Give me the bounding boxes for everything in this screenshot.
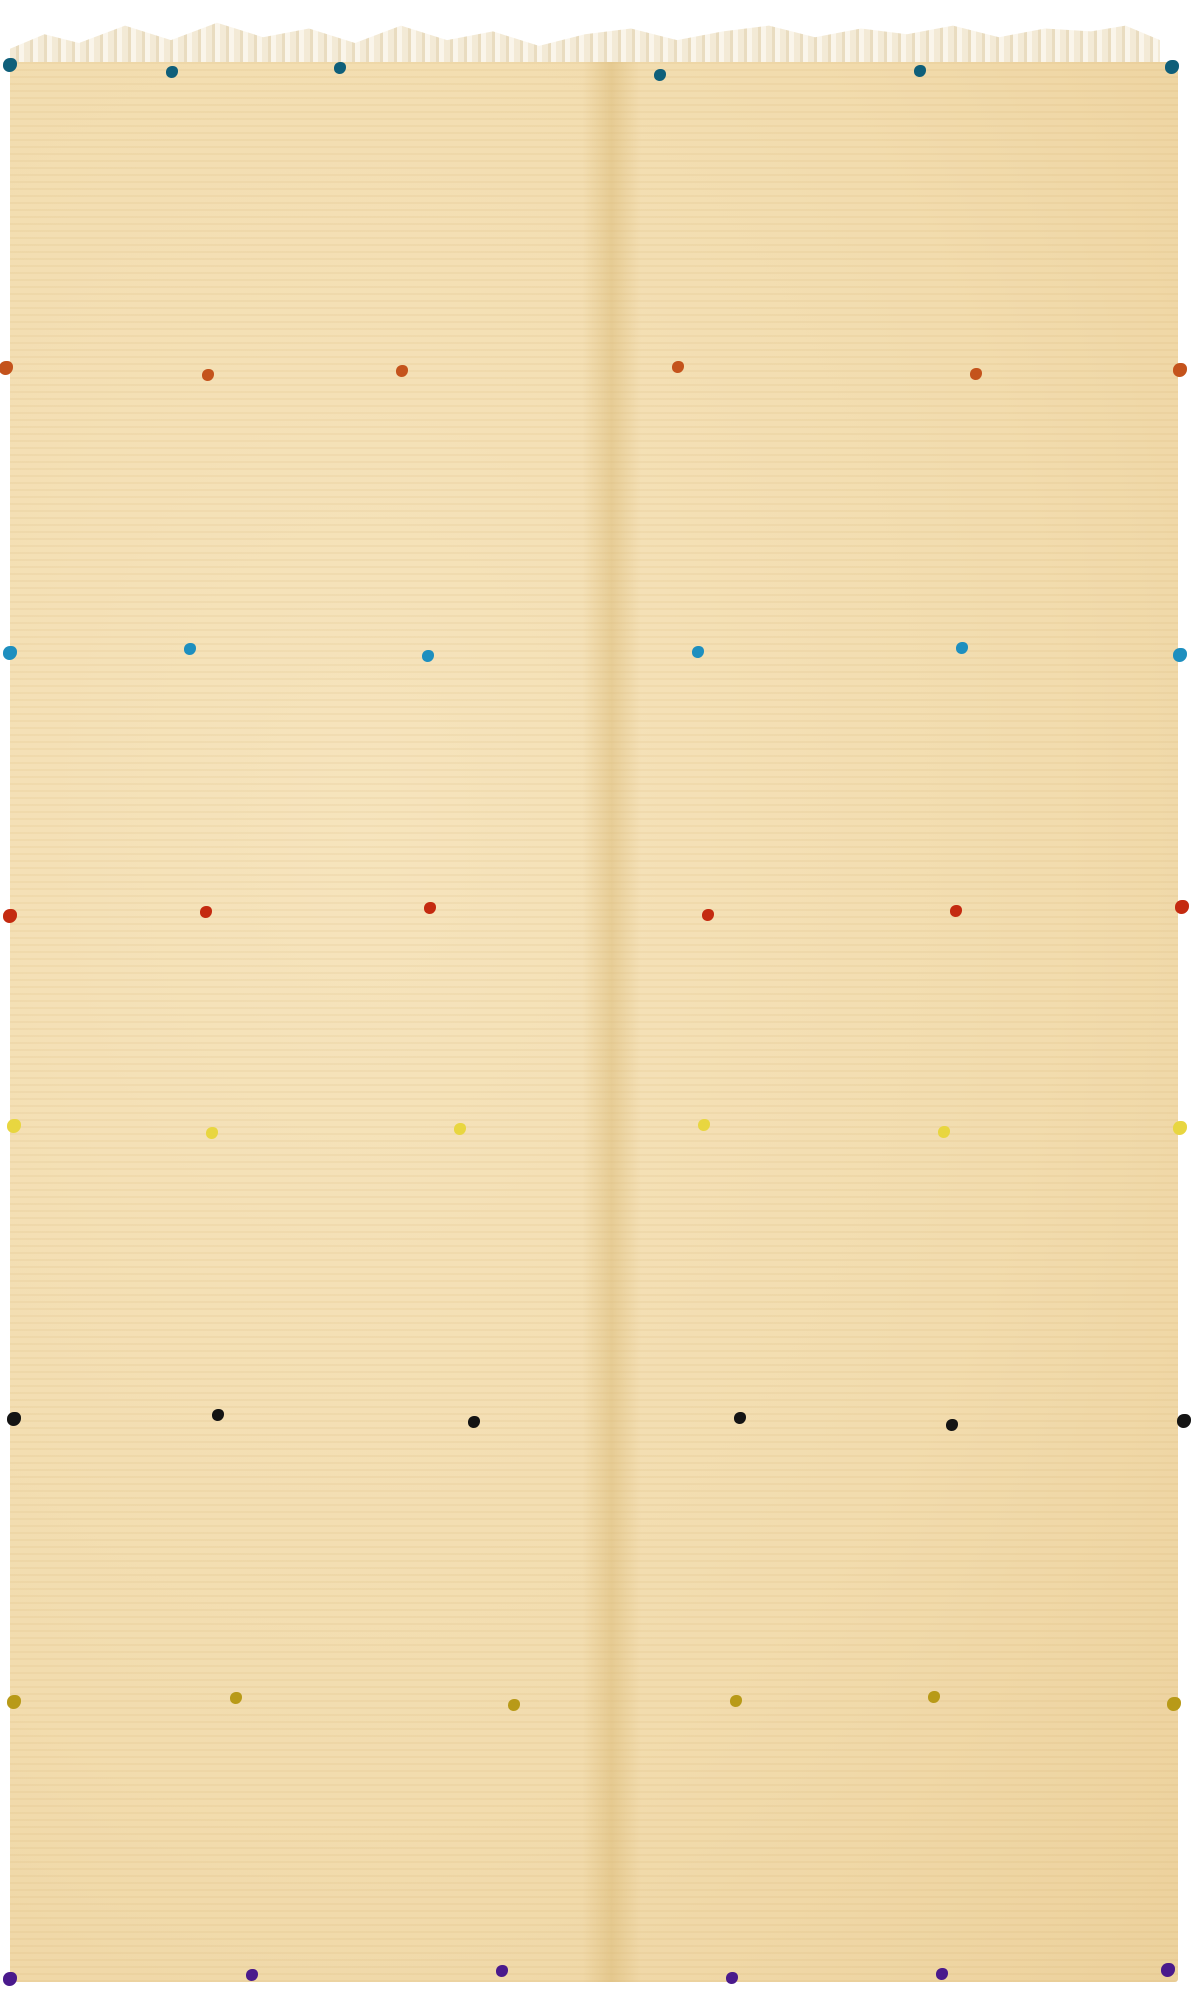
rug xyxy=(10,62,1178,1982)
tuft-dot xyxy=(1173,1121,1187,1135)
tuft-dot xyxy=(1175,900,1189,914)
tuft-dot xyxy=(726,1972,738,1984)
tuft-dot xyxy=(1173,363,1187,377)
tuft-dot xyxy=(1173,648,1187,662)
tuft-dot xyxy=(1177,1414,1191,1428)
tuft-dot xyxy=(3,1972,17,1986)
tuft-dot xyxy=(1167,1697,1181,1711)
